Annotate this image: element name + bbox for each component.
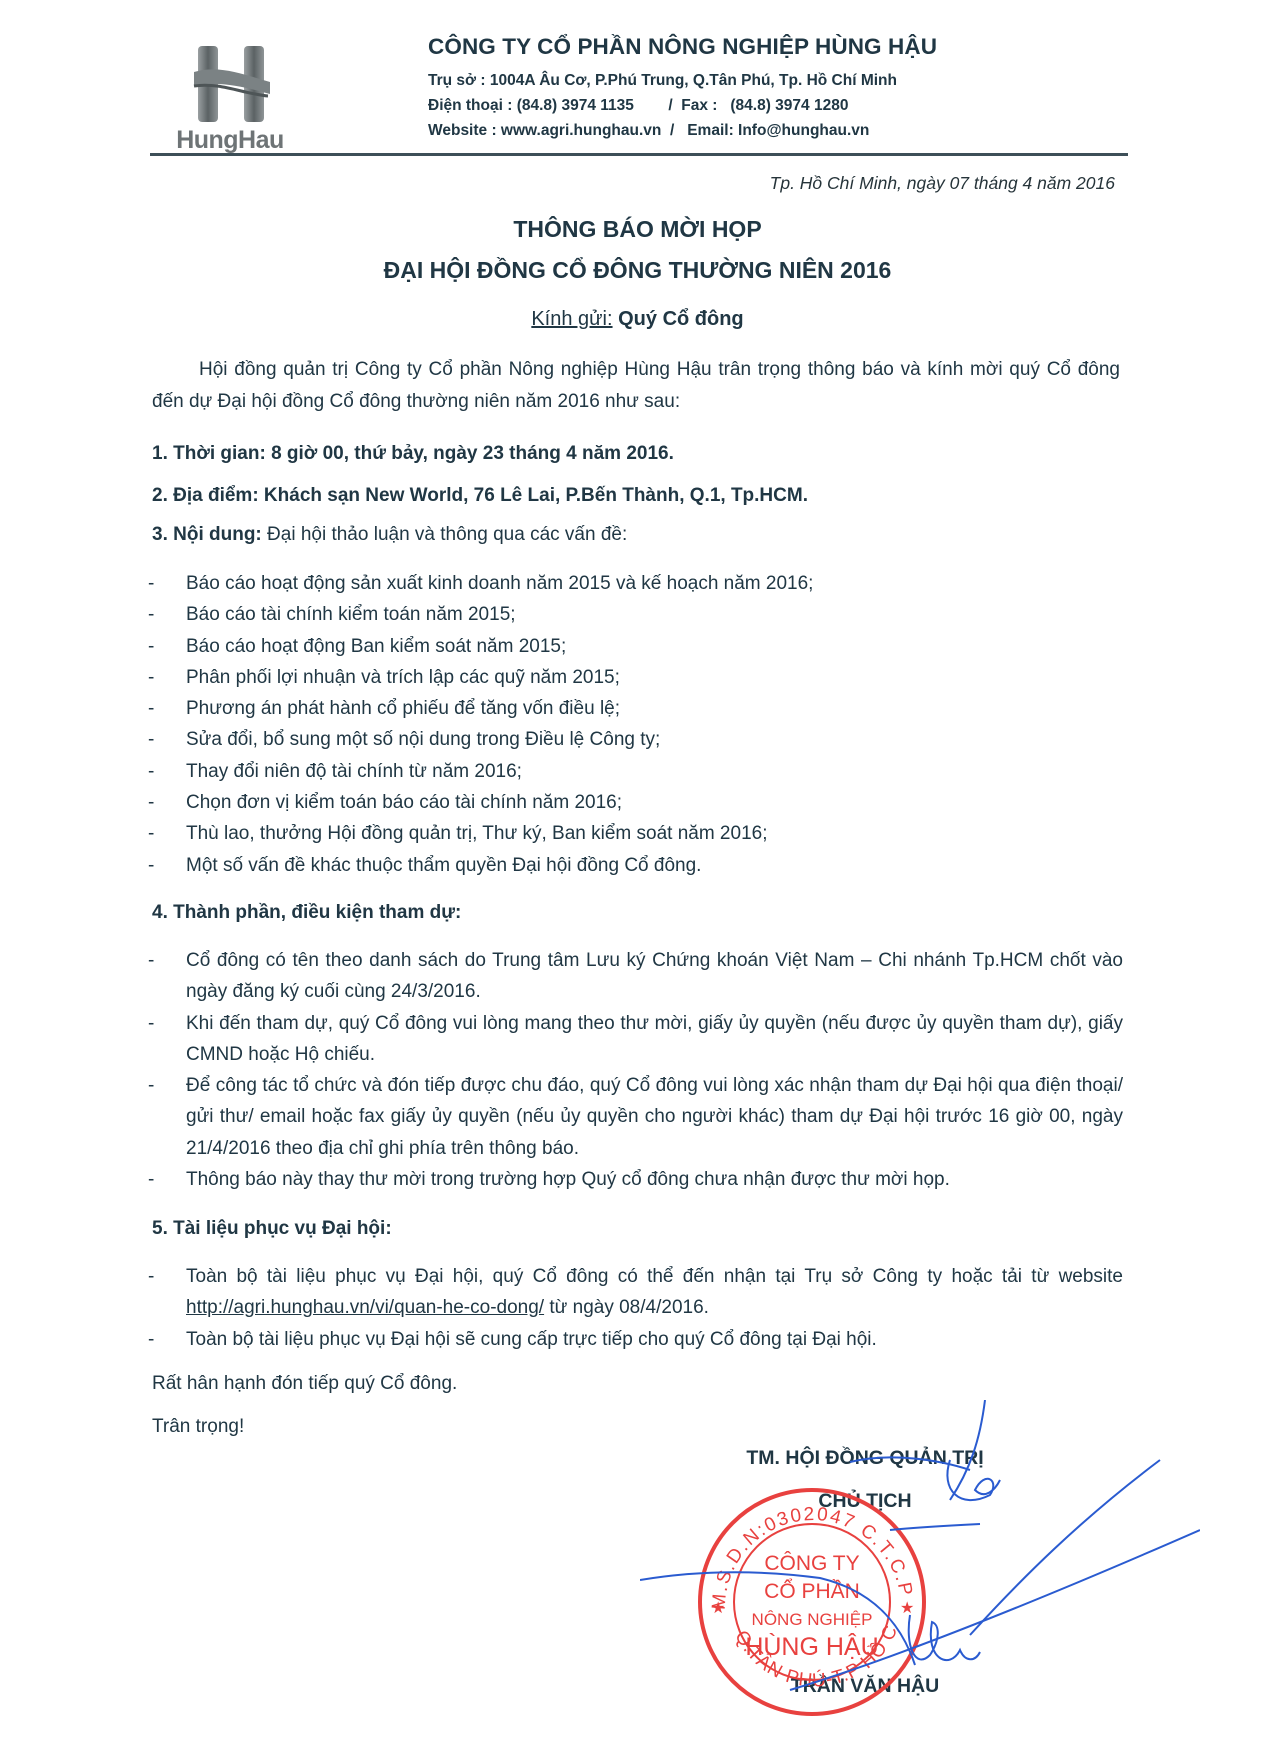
- h-logo-icon: [160, 42, 300, 126]
- svg-text:HÙNG HẬU: HÙNG HẬU: [745, 1632, 878, 1661]
- list-item: -Toàn bộ tài liệu phục vụ Đại hội sẽ cun…: [148, 1324, 1123, 1355]
- document-subtitle: ĐẠI HỘI ĐỒNG CỔ ĐÔNG THƯỜNG NIÊN 2016: [0, 257, 1275, 284]
- list-item: -Sửa đổi, bổ sung một số nội dung trong …: [148, 724, 1123, 755]
- agenda-label: 3. Nội dung:: [152, 524, 262, 545]
- company-name: CÔNG TY CỔ PHẦN NÔNG NGHIỆP HÙNG HẬU: [428, 34, 937, 60]
- document-title: THÔNG BÁO MỜI HỌP: [0, 216, 1275, 243]
- list-item: -Khi đến tham dự, quý Cổ đông vui lòng m…: [148, 1008, 1123, 1071]
- agenda-list: -Báo cáo hoạt động sản xuất kinh doanh n…: [148, 568, 1123, 881]
- meeting-place: 2. Địa điểm: Khách sạn New World, 76 Lê …: [152, 485, 808, 507]
- list-item: -Phân phối lợi nhuận và trích lập các qu…: [148, 662, 1123, 693]
- svg-text:NÔNG NGHIỆP: NÔNG NGHIỆP: [752, 1610, 873, 1629]
- svg-text:CỔ PHẦN: CỔ PHẦN: [764, 1579, 860, 1603]
- document-date: Tp. Hồ Chí Minh, ngày 07 tháng 4 năm 201…: [770, 173, 1115, 194]
- greeting-label: Kính gửi:: [531, 308, 612, 330]
- list-item: -Thông báo này thay thư mời trong trường…: [148, 1164, 1123, 1195]
- handwritten-signature: [640, 1400, 1200, 1700]
- list-item: -Một số vấn đề khác thuộc thẩm quyền Đại…: [148, 850, 1123, 881]
- list-item: -Báo cáo hoạt động sản xuất kinh doanh n…: [148, 568, 1123, 599]
- company-phone-fax: Điện thoại : (84.8) 3974 1135 / Fax : (8…: [428, 97, 848, 115]
- list-item: -Thay đổi niên độ tài chính từ năm 2016;: [148, 756, 1123, 787]
- closing-line: Rất hân hạnh đón tiếp quý Cổ đông.: [152, 1373, 457, 1395]
- closing-regards: Trân trọng!: [152, 1416, 244, 1438]
- signatory-on-behalf: TM. HỘI ĐỒNG QUẢN TRỊ: [700, 1447, 1030, 1470]
- list-item: -Phương án phát hành cổ phiếu để tăng vố…: [148, 693, 1123, 724]
- shareholder-relations-link[interactable]: http://agri.hunghau.vn/vi/quan-he-co-don…: [186, 1297, 544, 1318]
- list-item: -Toàn bộ tài liệu phục vụ Đại hội, quý C…: [148, 1261, 1123, 1324]
- list-item: -Báo cáo hoạt động Ban kiểm soát năm 201…: [148, 631, 1123, 662]
- agenda-heading: 3. Nội dung: Đại hội thảo luận và thông …: [152, 524, 627, 546]
- company-logo: HungHau: [160, 42, 300, 154]
- svg-text:Q.TÂN PHÚ-T.P HỒ CHÍ MINH: Q.TÂN PHÚ-T.P HỒ CHÍ MINH: [695, 1485, 903, 1692]
- list-item: -Báo cáo tài chính kiểm toán năm 2015;: [148, 599, 1123, 630]
- signatory-name: TRẦN VĂN HẬU: [700, 1675, 1030, 1698]
- list-item: -Chọn đơn vị kiểm toán báo cáo tài chính…: [148, 787, 1123, 818]
- greeting-recipient: Quý Cổ đông: [618, 308, 744, 330]
- header-divider: [150, 153, 1128, 156]
- signature-strokes-icon: [640, 1400, 1200, 1700]
- svg-text:M.S.D.N:0302047 C.T.C.P: M.S.D.N:0302047 C.T.C.P: [709, 1504, 917, 1611]
- company-address: Trụ sở : 1004A Âu Cơ, P.Phú Trung, Q.Tân…: [428, 72, 897, 90]
- signatory-position: CHỦ TỊCH: [700, 1490, 1030, 1513]
- svg-text:CÔNG TY: CÔNG TY: [764, 1552, 859, 1575]
- greeting: Kính gửi: Quý Cổ đông: [0, 308, 1275, 331]
- svg-text:★: ★: [711, 1600, 725, 1617]
- company-website-email: Website : www.agri.hunghau.vn / Email: I…: [428, 122, 869, 140]
- list-item: -Thù lao, thưởng Hội đồng quản trị, Thư …: [148, 818, 1123, 849]
- attendance-list: -Cổ đông có tên theo danh sách do Trung …: [148, 945, 1123, 1195]
- list-item: -Cổ đông có tên theo danh sách do Trung …: [148, 945, 1123, 1008]
- meeting-time: 1. Thời gian: 8 giờ 00, thứ bảy, ngày 23…: [152, 443, 674, 465]
- documents-list: -Toàn bộ tài liệu phục vụ Đại hội, quý C…: [148, 1261, 1123, 1355]
- logo-wordmark: HungHau: [160, 126, 300, 155]
- svg-text:★: ★: [900, 1600, 914, 1617]
- attendance-heading: 4. Thành phần, điều kiện tham dự:: [152, 902, 461, 924]
- agenda-intro: Đại hội thảo luận và thông qua các vấn đ…: [262, 524, 627, 545]
- intro-paragraph: Hội đồng quản trị Công ty Cổ phần Nông n…: [152, 354, 1120, 418]
- documents-heading: 5. Tài liệu phục vụ Đại hội:: [152, 1218, 392, 1240]
- list-item: -Để công tác tổ chức và đón tiếp được ch…: [148, 1070, 1123, 1164]
